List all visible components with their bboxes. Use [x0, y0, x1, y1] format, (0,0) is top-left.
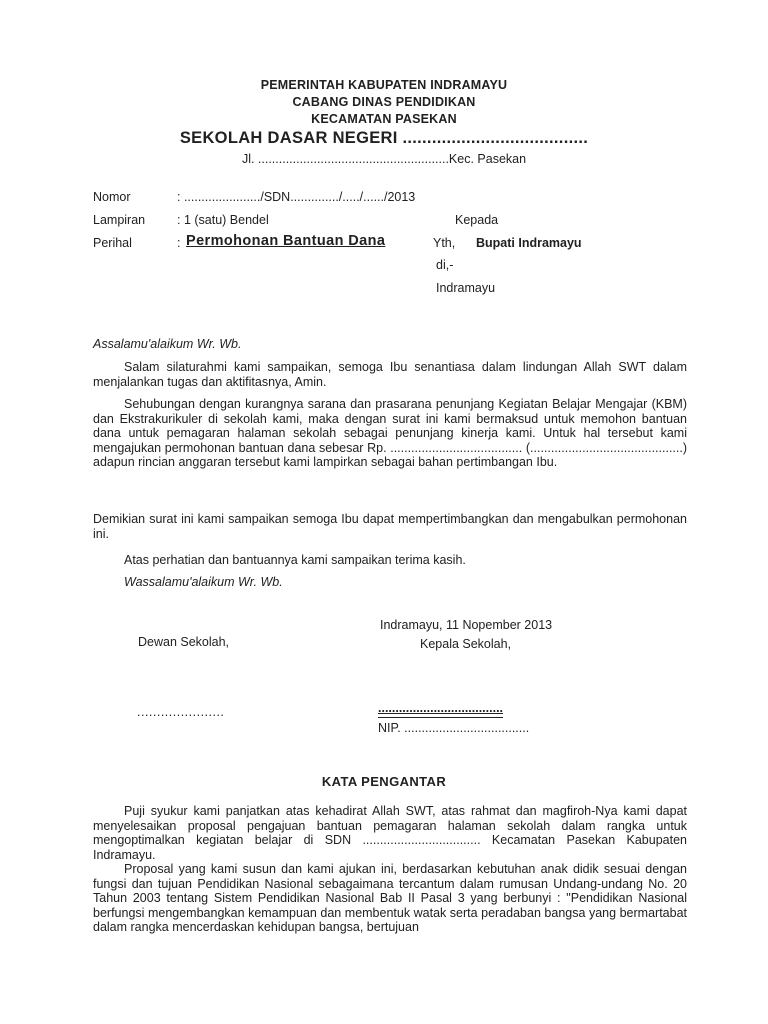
- letter-document-page: PEMERINTAH KABUPATEN INDRAMAYU CABANG DI…: [0, 0, 768, 1024]
- letterhead-department: CABANG DINAS PENDIDIKAN: [0, 95, 768, 110]
- body-paragraph-request: Sehubungan dengan kurangnya sarana dan p…: [93, 397, 687, 470]
- kata-pengantar-paragraph-2: Proposal yang kami susun dan kami ajukan…: [93, 862, 687, 935]
- recipient-city: Indramayu: [436, 281, 495, 296]
- body-paragraph-greeting: Salam silaturahmi kami sampaikan, semoga…: [93, 360, 687, 389]
- recipient-name: Bupati Indramayu: [476, 236, 582, 251]
- lampiran-value: : 1 (satu) Bendel: [177, 213, 269, 228]
- signature-nip-line: NIP. ...................................…: [378, 721, 529, 736]
- kata-pengantar-title: KATA PENGANTAR: [0, 775, 768, 790]
- nomor-label: Nomor: [93, 190, 131, 205]
- signature-left-role: Dewan Sekolah,: [138, 635, 229, 650]
- yth-label: Yth,: [433, 236, 455, 251]
- kepada-label: Kepada: [455, 213, 498, 228]
- signature-date: Indramayu, 11 Nopember 2013: [380, 618, 552, 633]
- perihal-subject: Permohonan Bantuan Dana: [186, 234, 385, 249]
- opening-salutation: Assalamu'alaikum Wr. Wb.: [93, 337, 241, 352]
- letterhead-address: Jl. ....................................…: [0, 152, 768, 167]
- body-paragraph-closing: Demikian surat ini kami sampaikan semoga…: [93, 512, 687, 541]
- letterhead-government: PEMERINTAH KABUPATEN INDRAMAYU: [0, 78, 768, 93]
- perihal-colon: :: [177, 236, 180, 251]
- di-label: di,-: [436, 258, 453, 273]
- lampiran-label: Lampiran: [93, 213, 145, 228]
- letterhead-district: KECAMATAN PASEKAN: [0, 112, 768, 127]
- nomor-value: : ....................../SDN............…: [177, 190, 415, 205]
- signature-left-dotted-line: ......................: [137, 705, 224, 720]
- kata-pengantar-paragraph-1: Puji syukur kami panjatkan atas kehadira…: [93, 804, 687, 862]
- signature-right-role: Kepala Sekolah,: [420, 637, 511, 652]
- closing-salutation: Wassalamu'alaikum Wr. Wb.: [124, 575, 283, 590]
- body-thanks-line: Atas perhatian dan bantuannya kami sampa…: [124, 553, 466, 568]
- signature-right-dotted-line: ....................................: [378, 701, 503, 718]
- letterhead-school-title: SEKOLAH DASAR NEGERI ...................…: [0, 128, 768, 149]
- perihal-label: Perihal: [93, 236, 132, 251]
